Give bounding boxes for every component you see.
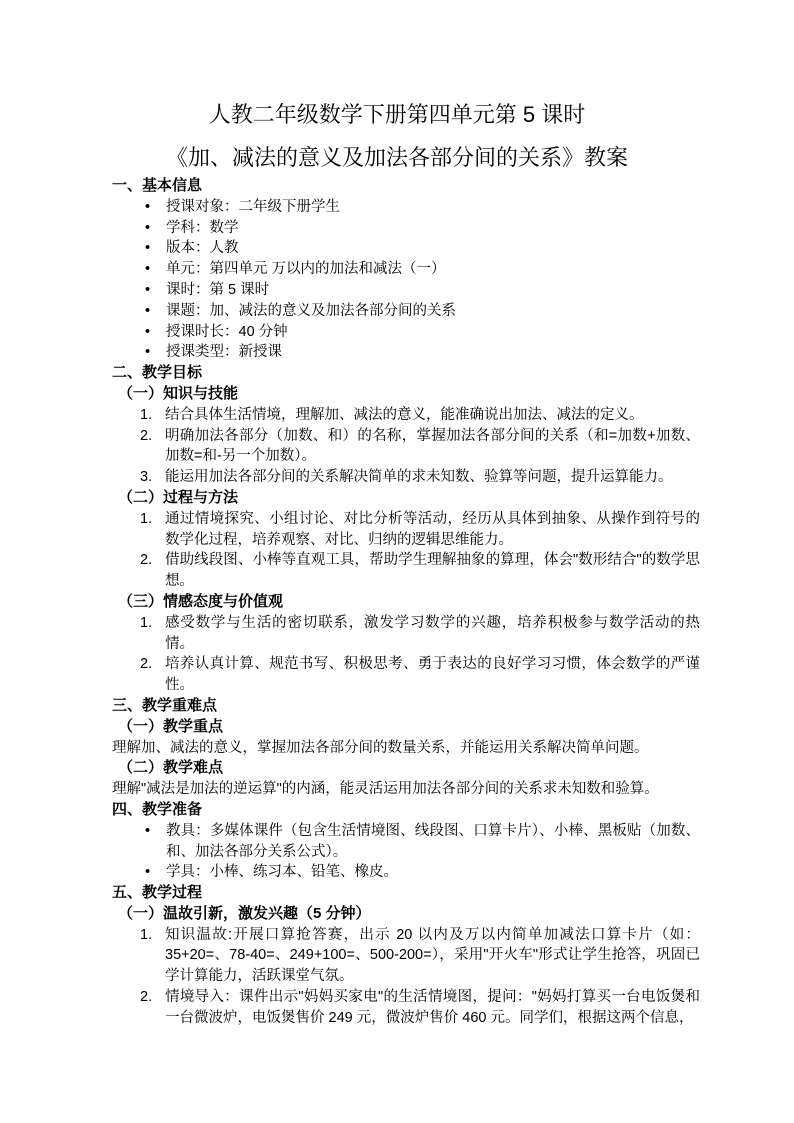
subsection-heading-focus: （一）教学重点: [112, 717, 700, 738]
list-number: 1.: [140, 925, 165, 987]
bullet-icon: •: [145, 301, 166, 322]
list-item-text: 单元：第四单元 万以内的加法和减法（一）: [166, 259, 700, 280]
list-item: • 学科：数学: [112, 218, 700, 239]
subsection-heading-emotion: （三）情感态度与价值观: [112, 592, 700, 613]
bullet-icon: •: [145, 280, 166, 301]
list-item-text: 学科：数学: [166, 218, 700, 239]
basic-info-list: • 授课对象：二年级下册学生 • 学科：数学 • 版本：人教 • 单元：第四单元…: [112, 197, 700, 363]
list-item-text: 授课时长：40 分钟: [166, 322, 700, 343]
list-number: 2.: [140, 426, 165, 468]
bullet-icon: •: [145, 197, 166, 218]
section-heading-objectives: 二、教学目标: [112, 363, 700, 384]
list-item: • 教具：多媒体课件（包含生活情境图、线段图、口算卡片）、小棒、黑板贴（加数、和…: [112, 821, 700, 863]
document-page: 人教二年级数学下册第四单元第 5 课时 《加、减法的意义及加法各部分间的关系》教…: [0, 0, 794, 1123]
list-item-text: 版本：人教: [166, 238, 700, 259]
list-item-text: 能运用加法各部分间的关系解决简单的求未知数、验算等问题，提升运算能力。: [165, 467, 700, 488]
list-number: 1.: [140, 509, 165, 551]
list-item: • 授课时长：40 分钟: [112, 322, 700, 343]
document-body: 一、基本信息 • 授课对象：二年级下册学生 • 学科：数学 • 版本：人教 • …: [112, 176, 700, 1029]
list-number: 2.: [140, 987, 165, 1029]
list-item: • 课题：加、减法的意义及加法各部分间的关系: [112, 301, 700, 322]
title-block: 人教二年级数学下册第四单元第 5 课时 《加、减法的意义及加法各部分间的关系》教…: [0, 100, 794, 173]
list-item-text: 结合具体生活情境，理解加、减法的意义，能准确说出加法、减法的定义。: [165, 405, 700, 426]
focus-paragraph: 理解加、减法的意义，掌握加法各部分间的数量关系，并能运用关系解决简单问题。: [112, 738, 700, 759]
list-item: • 版本：人教: [112, 238, 700, 259]
list-item-text: 培养认真计算、规范书写、积极思考、勇于表达的良好学习习惯，体会数学的严谨性。: [165, 654, 700, 696]
list-item: 3. 能运用加法各部分间的关系解决简单的求未知数、验算等问题，提升运算能力。: [112, 467, 700, 488]
subsection-heading-stage1: （一）温故引新，激发兴趣（5 分钟）: [112, 904, 700, 925]
list-item-text: 借助线段图、小棒等直观工具，帮助学生理解抽象的算理，体会"数形结合"的数学思想。: [165, 550, 700, 592]
list-item: 1. 感受数学与生活的密切联系，激发学习数学的兴趣，培养积极参与数学活动的热情。: [112, 613, 700, 655]
list-number: 1.: [140, 613, 165, 655]
list-item-text: 授课对象：二年级下册学生: [166, 197, 700, 218]
bullet-icon: •: [145, 821, 166, 863]
list-item-text: 课时：第 5 课时: [166, 280, 700, 301]
list-item-text: 知识温故:开展口算抢答赛，出示 20 以内及万以内简单加减法口算卡片（如：35+…: [165, 925, 700, 987]
list-item-text: 情境导入：课件出示"妈妈买家电"的生活情境图，提问："妈妈打算买一台电饭煲和一台…: [165, 987, 700, 1029]
list-item: 2. 借助线段图、小棒等直观工具，帮助学生理解抽象的算理，体会"数形结合"的数学…: [112, 550, 700, 592]
subsection-heading-process: （二）过程与方法: [112, 488, 700, 509]
list-item: 2. 明确加法各部分（加数、和）的名称，掌握加法各部分间的关系（和=加数+加数、…: [112, 426, 700, 468]
list-item: 1. 知识温故:开展口算抢答赛，出示 20 以内及万以内简单加减法口算卡片（如：…: [112, 925, 700, 987]
list-item-text: 明确加法各部分（加数、和）的名称，掌握加法各部分间的关系（和=加数+加数、加数=…: [165, 426, 700, 468]
section-heading-teaching-process: 五、教学过程: [112, 883, 700, 904]
section-heading-basic-info: 一、基本信息: [112, 176, 700, 197]
list-item-text: 通过情境探究、小组讨论、对比分析等活动，经历从具体到抽象、从操作到符号的数学化过…: [165, 509, 700, 551]
list-item: • 学具：小棒、练习本、铅笔、橡皮。: [112, 862, 700, 883]
list-item: • 授课对象：二年级下册学生: [112, 197, 700, 218]
list-item: • 课时：第 5 课时: [112, 280, 700, 301]
process-list: 1. 通过情境探究、小组讨论、对比分析等活动，经历从具体到抽象、从操作到符号的数…: [112, 509, 700, 592]
doc-title: 人教二年级数学下册第四单元第 5 课时: [0, 100, 794, 130]
knowledge-list: 1. 结合具体生活情境，理解加、减法的意义，能准确说出加法、减法的定义。 2. …: [112, 405, 700, 488]
emotion-list: 1. 感受数学与生活的密切联系，激发学习数学的兴趣，培养积极参与数学活动的热情。…: [112, 613, 700, 696]
bullet-icon: •: [145, 218, 166, 239]
difficulty-paragraph: 理解"减法是加法的逆运算"的内涵，能灵活运用加法各部分间的关系求未知数和验算。: [112, 779, 700, 800]
bullet-icon: •: [145, 862, 166, 883]
bullet-icon: •: [145, 342, 166, 363]
list-item: 2. 培养认真计算、规范书写、积极思考、勇于表达的良好学习习惯，体会数学的严谨性…: [112, 654, 700, 696]
list-number: 1.: [140, 405, 165, 426]
subsection-heading-difficulty: （二）教学难点: [112, 758, 700, 779]
list-item-text: 授课类型：新授课: [166, 342, 700, 363]
list-item: 1. 通过情境探究、小组讨论、对比分析等活动，经历从具体到抽象、从操作到符号的数…: [112, 509, 700, 551]
bullet-icon: •: [145, 259, 166, 280]
list-item: • 单元：第四单元 万以内的加法和减法（一）: [112, 259, 700, 280]
list-item-text: 课题：加、减法的意义及加法各部分间的关系: [166, 301, 700, 322]
list-item: • 授课类型：新授课: [112, 342, 700, 363]
section-heading-key-points: 三、教学重难点: [112, 696, 700, 717]
subsection-heading-knowledge: （一）知识与技能: [112, 384, 700, 405]
list-item-text: 教具：多媒体课件（包含生活情境图、线段图、口算卡片）、小棒、黑板贴（加数、和、加…: [166, 821, 700, 863]
stage1-list: 1. 知识温故:开展口算抢答赛，出示 20 以内及万以内简单加减法口算卡片（如：…: [112, 925, 700, 1029]
list-item-text: 感受数学与生活的密切联系，激发学习数学的兴趣，培养积极参与数学活动的热情。: [165, 613, 700, 655]
preparation-list: • 教具：多媒体课件（包含生活情境图、线段图、口算卡片）、小棒、黑板贴（加数、和…: [112, 821, 700, 883]
bullet-icon: •: [145, 322, 166, 343]
list-item: 1. 结合具体生活情境，理解加、减法的意义，能准确说出加法、减法的定义。: [112, 405, 700, 426]
list-number: 2.: [140, 550, 165, 592]
list-number: 2.: [140, 654, 165, 696]
section-heading-preparation: 四、教学准备: [112, 800, 700, 821]
bullet-icon: •: [145, 238, 166, 259]
doc-subtitle: 《加、减法的意义及加法各部分间的关系》教案: [0, 143, 794, 173]
list-item: 2. 情境导入：课件出示"妈妈买家电"的生活情境图，提问："妈妈打算买一台电饭煲…: [112, 987, 700, 1029]
list-number: 3.: [140, 467, 165, 488]
list-item-text: 学具：小棒、练习本、铅笔、橡皮。: [166, 862, 700, 883]
